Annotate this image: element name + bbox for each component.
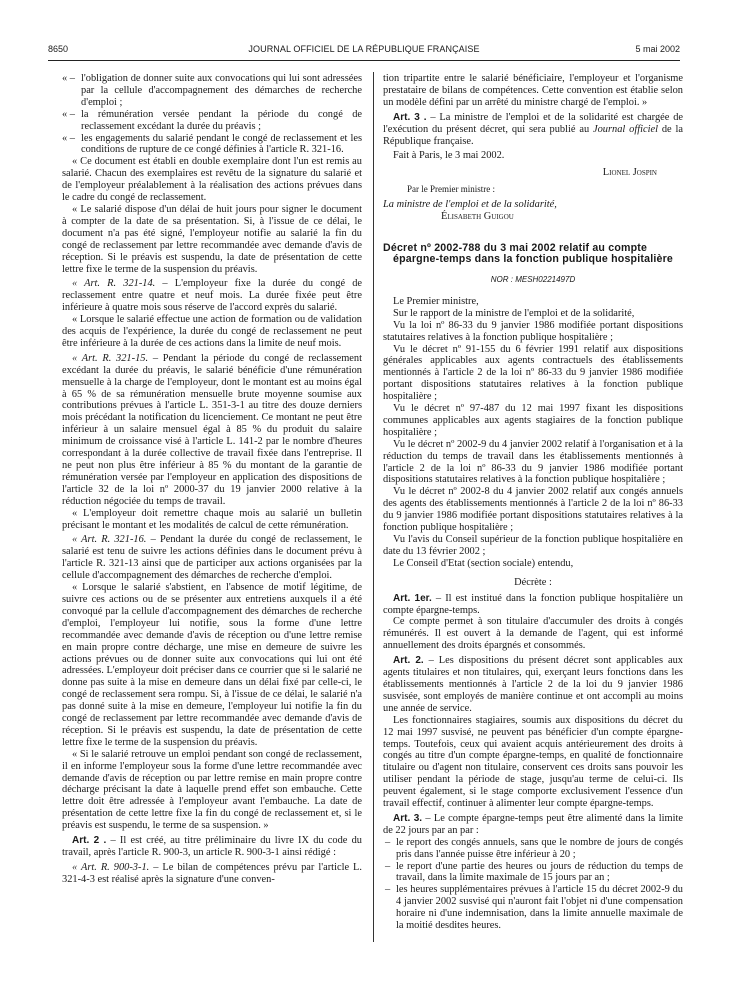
list-item: « – l'obligation de donner suite aux con… — [62, 73, 362, 109]
article-ref: « Art. R. 321-15. — [72, 353, 148, 364]
paragraph: Les fonctionnaires stagiaires, soumis au… — [383, 715, 683, 810]
header-rule — [48, 60, 680, 61]
preamble-line: Vu l'avis du Conseil supérieur de la fon… — [383, 534, 683, 558]
paragraph: « Ce document est établi en double exemp… — [62, 156, 362, 204]
article-2: Art. 2. – Les dispositions du présent dé… — [383, 655, 683, 715]
dash-mark: – — [383, 884, 396, 932]
list-item: « – la rémunération versée pendant la pé… — [62, 109, 362, 133]
article-label: Art. 2. — [393, 655, 424, 666]
list-mark: « – — [62, 73, 81, 109]
journal-title: JOURNAL OFFICIEL DE LA RÉPUBLIQUE FRANÇA… — [48, 44, 680, 54]
issue-date: 5 mai 2002 — [635, 44, 680, 54]
list-item: – les heures supplémentaires prévues à l… — [383, 884, 683, 932]
paragraph: Ce compte permet à son titulaire d'accum… — [383, 616, 683, 652]
dash-mark: – — [383, 837, 396, 861]
preamble-line: Vu le décret nº 2002-8 du 4 janvier 2002… — [383, 486, 683, 534]
article-label: Art. 1er. — [393, 593, 432, 604]
list-item: – le report des congés annuels, sans que… — [383, 837, 683, 861]
article-ref: « Art. R. 900-3-1. — [72, 862, 149, 873]
article-3: Art. 3. – Le compte épargne-temps peut ê… — [383, 813, 683, 837]
paragraph: « Si le salarié retrouve un emploi penda… — [62, 749, 362, 832]
preamble-line: Vu le décret nº 97-487 du 12 mai 1997 fi… — [383, 403, 683, 439]
paragraph: « L'employeur doit remettre chaque mois … — [62, 508, 362, 532]
signature-date: Fait à Paris, le 3 mai 2002. — [383, 150, 683, 162]
decree-title: Décret nº 2002-788 du 3 mai 2002 relatif… — [383, 243, 683, 265]
article-r321-16: « Art. R. 321-16. – Pendant la durée du … — [62, 534, 362, 582]
minister-name: Élisabeth Guigou — [383, 211, 683, 223]
paragraph: « Lorsque le salarié effectue une action… — [62, 314, 362, 350]
article-3: Art. 3 . – La ministre de l'emploi et de… — [383, 112, 683, 148]
paragraph: « Le salarié dispose d'un délai de huit … — [62, 204, 362, 275]
paragraph: tion tripartite entre le salarié bénéfic… — [383, 73, 683, 109]
left-column: « – l'obligation de donner suite aux con… — [62, 73, 362, 886]
column-divider — [373, 72, 374, 942]
list-mark: « – — [62, 109, 81, 133]
preamble-line: Sur le rapport de la ministre de l'emplo… — [383, 308, 683, 320]
article-1: Art. 1er. – Il est institué dans la fonc… — [383, 593, 683, 617]
signatory-name: Lionel Jospin — [383, 167, 683, 179]
article-ref: « Art. R. 321-16. — [72, 534, 146, 545]
nor-reference: NOR : MESH0221497D — [383, 274, 683, 286]
decrete-heading: Décrète : — [383, 577, 683, 589]
paragraph: « Lorsque le salarié s'abstient, en l'ab… — [62, 582, 362, 749]
preamble-line: Le Premier ministre, — [383, 296, 683, 308]
minister-title: La ministre de l'emploi et de la solidar… — [383, 199, 683, 211]
article-label: Art. 2 . — [72, 835, 106, 846]
article-ref: « Art. R. 321-14. — [72, 278, 155, 289]
list-mark: « – — [62, 133, 81, 157]
article-r900-3-1: « Art. R. 900-3-1. – Le bilan de compéte… — [62, 862, 362, 886]
page-header: 8650 JOURNAL OFFICIEL DE LA RÉPUBLIQUE F… — [48, 40, 680, 60]
article-2: Art. 2 . – Il est créé, au titre prélimi… — [62, 835, 362, 859]
list-item: – le report d'une partie des heures ou j… — [383, 861, 683, 885]
preamble-line: Vu le décret nº 2002-9 du 4 janvier 2002… — [383, 439, 683, 487]
journal-officiel: Journal officiel — [593, 124, 658, 135]
preamble-line: Le Conseil d'Etat (section sociale) ente… — [383, 558, 683, 570]
list-item: « – les engagements du salarié pendant l… — [62, 133, 362, 157]
preamble-line: Vu la loi nº 86-33 du 9 janvier 1986 mod… — [383, 320, 683, 344]
article-r321-15: « Art. R. 321-15. – Pendant la période d… — [62, 353, 362, 508]
article-label: Art. 3 . — [393, 112, 427, 123]
article-label: Art. 3. — [393, 813, 422, 824]
right-column: tion tripartite entre le salarié bénéfic… — [383, 73, 683, 932]
article-r321-14: « Art. R. 321-14. – L'employeur fixe la … — [62, 278, 362, 314]
dash-mark: – — [383, 861, 396, 885]
par-le-premier-ministre: Par le Premier ministre : — [383, 184, 683, 196]
preamble-line: Vu le décret nº 91-155 du 6 février 1991… — [383, 344, 683, 404]
